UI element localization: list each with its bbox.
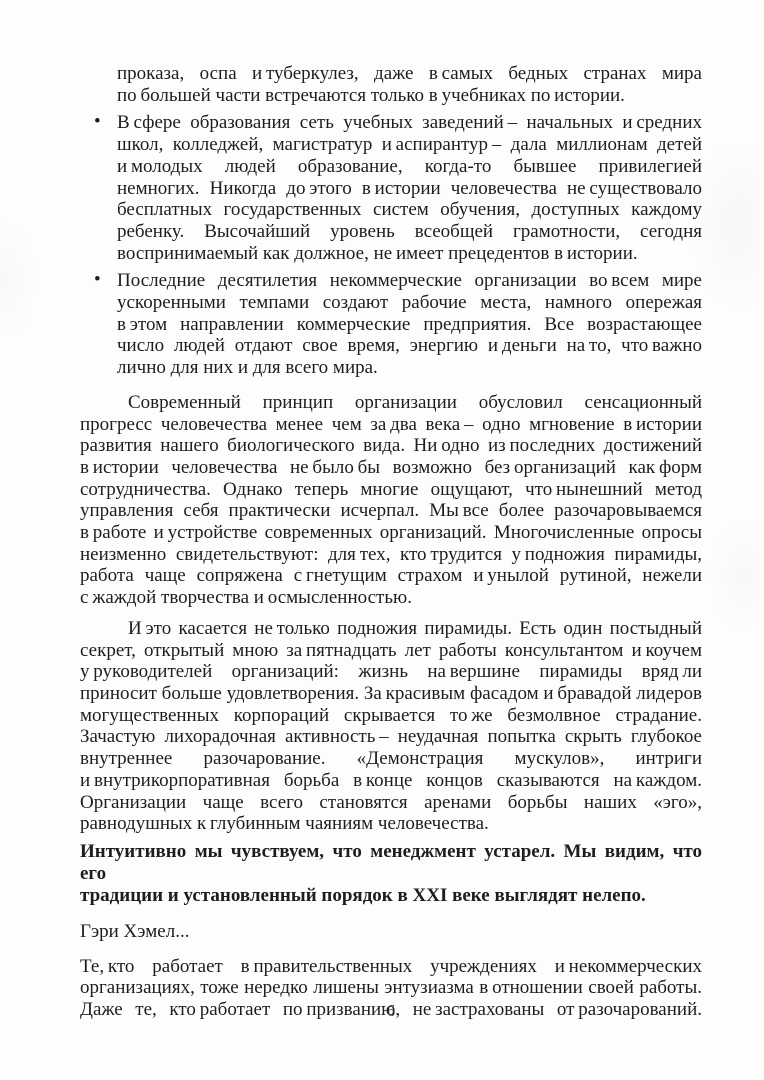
text-line: Зачастую лихорадочная активность – неуда… xyxy=(80,726,702,748)
bullet-icon: • xyxy=(94,269,101,291)
text-line: прогресс человечества менее чем за два в… xyxy=(80,414,702,436)
text-line: в работе и устройстве современных органи… xyxy=(80,522,702,544)
paragraph-modern-principle: Современный принцип организации обуслови… xyxy=(80,392,702,609)
text-line: работа чаще сопряжена с гнетущим страхом… xyxy=(80,565,702,587)
text-line: ускоренными темпами создают рабочие мест… xyxy=(117,292,702,314)
paragraph-pyramid-secret: И это касается не только подножия пирами… xyxy=(80,618,702,835)
text-line: Последние десятилетия некоммерческие орг… xyxy=(117,270,702,292)
text-line: И это касается не только подножия пирами… xyxy=(80,618,702,640)
document-screenshot: { "document": { "bullet_glyph": "\u2022"… xyxy=(0,0,764,1080)
text-line: в истории человечества не было бы возмож… xyxy=(80,457,702,479)
text-line: равнодушных к глубинным чаяниям человече… xyxy=(80,813,702,835)
text-line: лично для них и для всего мира. xyxy=(117,357,702,379)
text-line: Организации чаще всего становятся аренам… xyxy=(80,792,702,814)
text-line: приносит больше удовлетворения. За краси… xyxy=(80,683,702,705)
text-line: в этом направлении коммерческие предприя… xyxy=(117,314,702,336)
text-line: традиции и установленный порядок в XXI в… xyxy=(80,885,702,907)
text-line: Современный принцип организации обуслови… xyxy=(80,392,702,414)
bullet-item-text: В сфере образования сеть учебных заведен… xyxy=(117,112,702,264)
text-line: с жаждой творчества и осмысленностью. xyxy=(80,587,702,609)
text-line: немногих. Никогда до этого в истории чел… xyxy=(117,178,702,200)
scan-artifact xyxy=(709,520,764,630)
text-line: школ, колледжей, магистратур и аспиранту… xyxy=(117,134,702,156)
text-line: Те, кто работает в правительственных учр… xyxy=(80,956,702,978)
text-line: воспринимаемый как должное, не имеет пре… xyxy=(117,243,702,265)
scan-artifact xyxy=(0,220,36,340)
bullet-item-education: • В сфере образования сеть учебных завед… xyxy=(80,112,702,264)
text-line: организациях, тоже нередко лишены энтузи… xyxy=(80,977,702,999)
text-line: по большей части встречаются только в уч… xyxy=(117,85,702,107)
attribution: Гэри Хэмел... xyxy=(80,921,702,943)
text-line: неизменно свидетельствуют: для тех, кто … xyxy=(80,544,702,566)
bullet-item-continuation: проказа, оспа и туберкулез, даже в самых… xyxy=(117,63,702,106)
text-line: бесплатных государственных систем обучен… xyxy=(117,199,702,221)
text-line: секрет, открытый мною за пятнадцать лет … xyxy=(80,640,702,662)
text-line: проказа, оспа и туберкулез, даже в самых… xyxy=(117,63,702,85)
text-line: управления себя практически исчерпал. Мы… xyxy=(80,500,702,522)
text-line: Интуитивно мы чувствуем, что менеджмент … xyxy=(80,841,702,885)
bullet-item-nonprofits: • Последние десятилетия некоммерческие о… xyxy=(80,270,702,379)
bold-statement: Интуитивно мы чувствуем, что менеджмент … xyxy=(80,841,702,907)
text-line: В сфере образования сеть учебных заведен… xyxy=(117,112,702,134)
page-number: 6 xyxy=(80,1001,702,1021)
text-line: и внутрикорпоративная борьба в конце кон… xyxy=(80,770,702,792)
text-line: внутреннее разочарование. «Демонстрация … xyxy=(80,748,702,770)
text-line: число людей отдают свое время, энергию и… xyxy=(117,335,702,357)
text-line: могущественных корпораций скрывается то … xyxy=(80,705,702,727)
text-line: у руководителей организаций: жизнь на ве… xyxy=(80,661,702,683)
document-page: проказа, оспа и туберкулез, даже в самых… xyxy=(0,0,764,1080)
text-line: Гэри Хэмел... xyxy=(80,921,702,943)
bullet-item-text: Последние десятилетия некоммерческие орг… xyxy=(117,270,702,379)
text-line: сотрудничества. Однако теперь многие ощу… xyxy=(80,479,702,501)
text-line: ребенку. Высочайший уровень всеобщей гра… xyxy=(117,221,702,243)
text-line: развития нашего биологического вида. Ни … xyxy=(80,435,702,457)
bullet-icon: • xyxy=(94,111,101,133)
page-content: проказа, оспа и туберкулез, даже в самых… xyxy=(80,63,702,1021)
text-line: и молодых людей образование, когда-то бы… xyxy=(117,156,702,178)
